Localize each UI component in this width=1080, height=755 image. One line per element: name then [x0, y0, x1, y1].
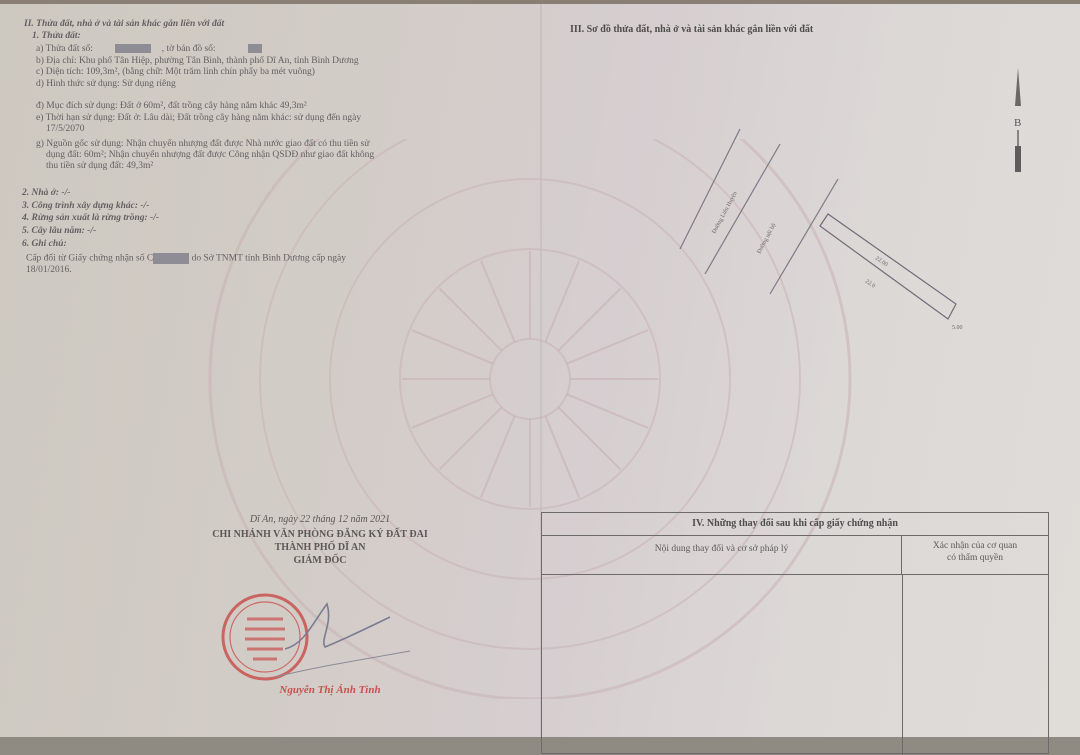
north-arrow-icon: B — [1010, 68, 1026, 178]
usage-term-date: 17/5/2070 — [46, 124, 85, 135]
section-iii-title: III. Sơ đồ thửa đất, nhà ở và tài sản kh… — [570, 24, 813, 35]
parcel-map: Đường Liên Huyện Đường nội bộ 22.00 22.0… — [660, 124, 1000, 354]
svg-text:5.00: 5.00 — [952, 325, 963, 331]
svg-text:Đường nội bộ: Đường nội bộ — [756, 223, 777, 255]
item-forest: 4. Rừng sản xuất là rừng trồng: -/- — [22, 213, 159, 224]
item-notes: 6. Ghi chú: — [22, 239, 67, 250]
item-perennial: 5. Cây lâu năm: -/- — [22, 226, 96, 237]
sign-role: GIÁM ĐỐC — [200, 555, 440, 566]
svg-text:Đường Liên Huyện: Đường Liên Huyện — [711, 191, 738, 235]
parcel-outline — [820, 214, 956, 319]
sign-org1: CHI NHÁNH VĂN PHÒNG ĐĂNG KÝ ĐẤT ĐAI — [160, 529, 480, 540]
road-edge-3 — [770, 179, 838, 294]
section-ii-title: II. Thửa đất, nhà ở và tài sản khác gắn … — [24, 19, 224, 30]
item-other-construction: 3. Công trình xây dựng khác: -/- — [22, 201, 149, 212]
note-date: 18/01/2016. — [26, 265, 72, 276]
usage-purpose: đ) Mục đích sử dụng: Đất ở 60m², đất trồ… — [36, 101, 307, 112]
road-edge-1 — [680, 129, 740, 249]
changes-table-title: IV. Những thay đổi sau khi cấp giấy chứn… — [542, 513, 1048, 536]
svg-text:B: B — [1014, 117, 1021, 129]
redacted-certificate-number — [153, 253, 189, 264]
changes-col-authority: Xác nhận của cơ quan có thẩm quyền — [902, 536, 1048, 574]
area: c) Diện tích: 109,3m², (bằng chữ: Một tr… — [36, 67, 315, 78]
sign-date: Dĩ An, ngày 22 tháng 12 năm 2021 — [200, 514, 440, 525]
address: b) Địa chỉ: Khu phố Tân Hiệp, phường Tân… — [36, 56, 359, 67]
road-edge-2 — [705, 144, 780, 274]
note-line: Cấp đổi từ Giấy chứng nhận số C do Sở TN… — [26, 253, 346, 265]
changes-content-cell — [542, 575, 903, 737]
changes-authority-cell — [903, 575, 1048, 737]
sign-org2: THÀNH PHỐ DĨ AN — [200, 542, 440, 553]
usage-origin-2: dụng đất: 60m²; Nhận chuyển nhượng đất đ… — [46, 150, 374, 161]
usage-term: e) Thời hạn sử dụng: Đất ở: Lâu dài; Đất… — [36, 113, 361, 124]
red-stamp-icon — [223, 595, 307, 679]
certificate-paper: II. Thửa đất, nhà ở và tài sản khác gắn … — [0, 4, 1080, 737]
changes-table: IV. Những thay đổi sau khi cấp giấy chứn… — [541, 512, 1049, 737]
redacted-parcel-number — [115, 44, 151, 53]
parcel-number: a) Thửa đất số: , tờ bản đồ số: — [36, 44, 262, 55]
usage-origin: g) Nguồn gốc sử dụng: Nhận chuyển nhượng… — [36, 139, 369, 150]
redacted-map-number — [248, 44, 262, 53]
signature-icon — [285, 604, 390, 649]
item-house: 2. Nhà ở: -/- — [22, 188, 70, 199]
land-heading: 1. Thửa đất: — [32, 31, 81, 42]
signer-name: Nguyễn Thị Ánh Tình — [255, 684, 405, 696]
svg-text:22.0: 22.0 — [864, 279, 876, 290]
usage-form: d) Hình thức sử dụng: Sử dụng riêng — [36, 79, 176, 90]
usage-origin-3: thu tiền sử dụng đất: 49,3m² — [46, 161, 153, 172]
changes-col-content: Nội dung thay đổi và cơ sở pháp lý — [542, 536, 902, 574]
